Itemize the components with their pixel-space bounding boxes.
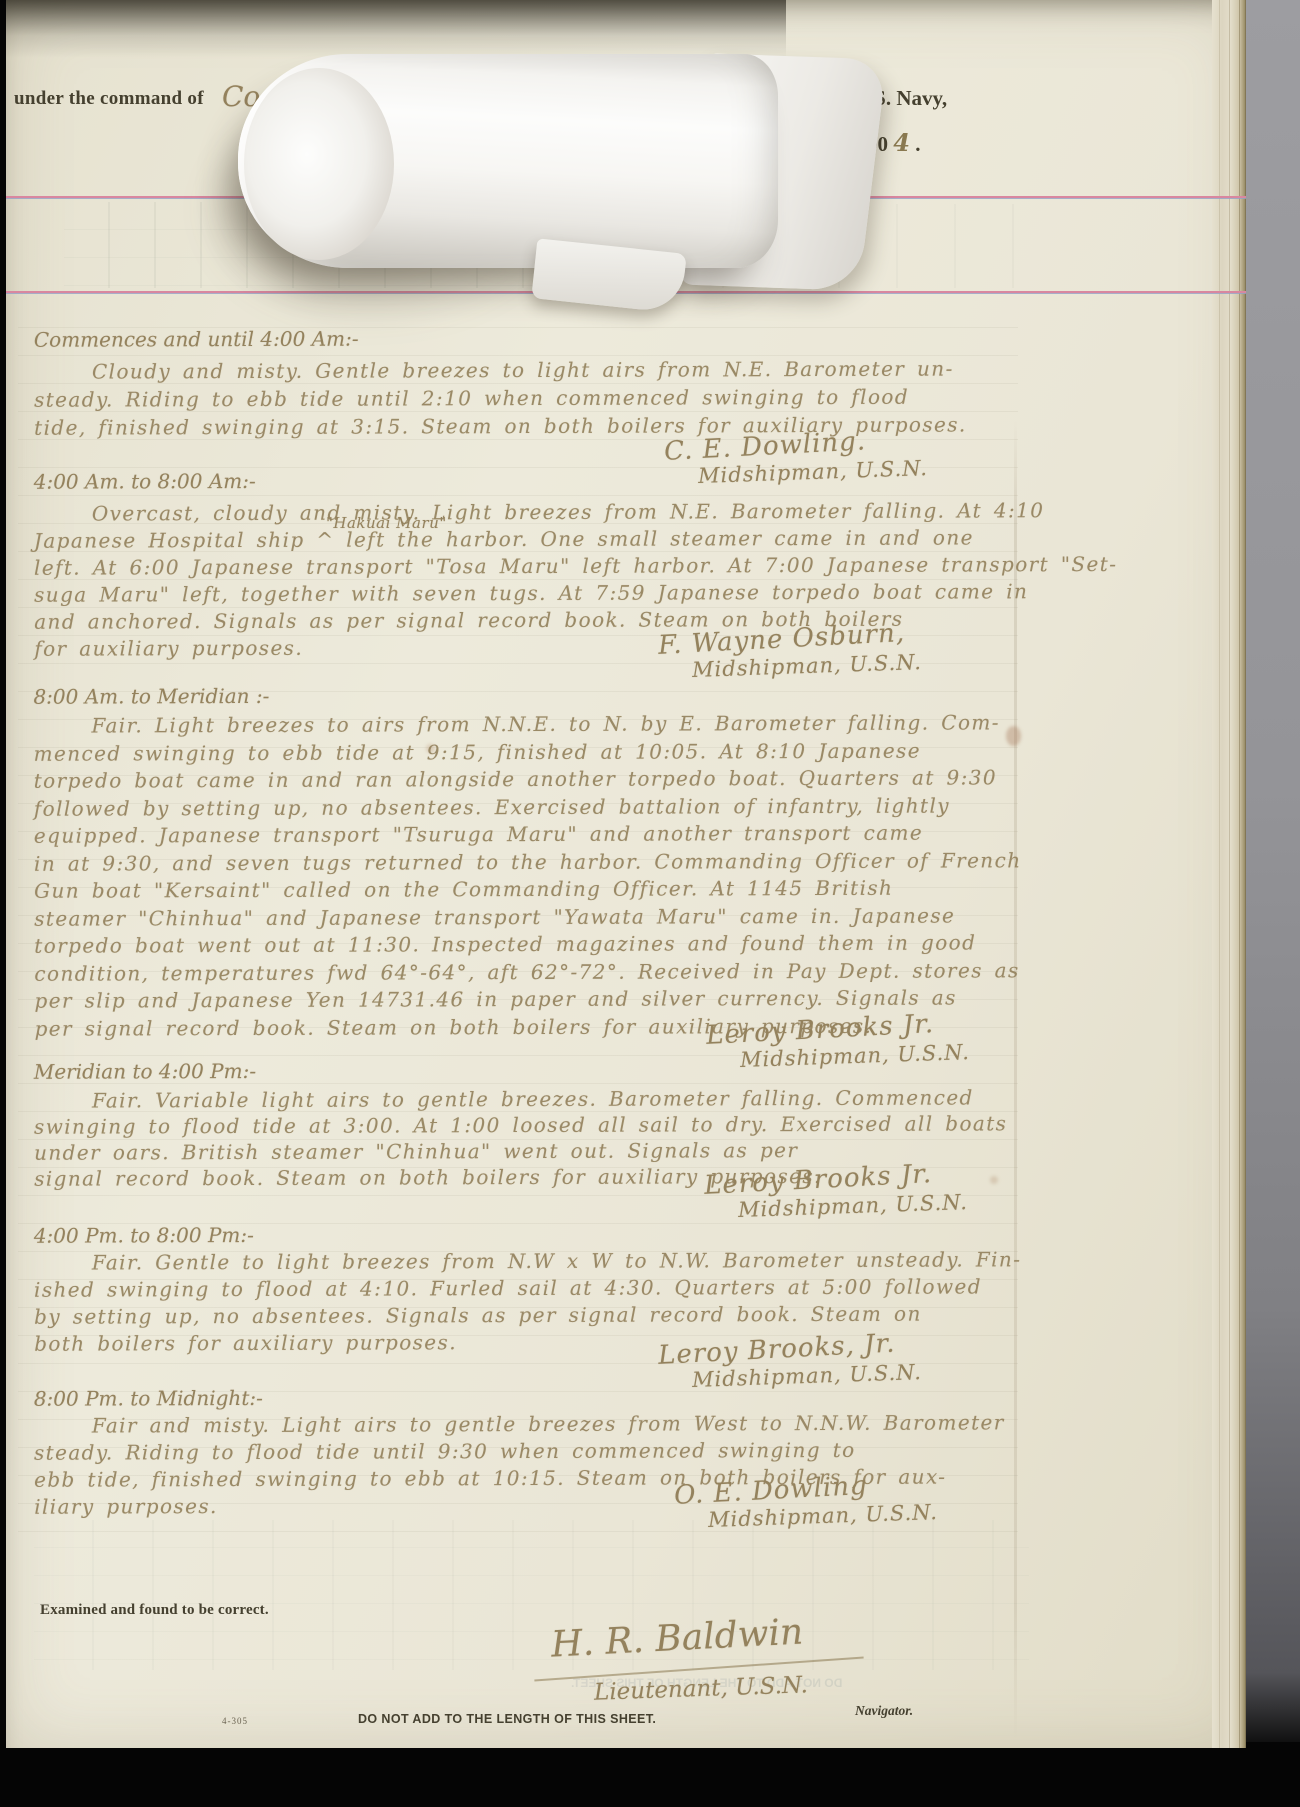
logbook-page: under the command of Co , U. S. Navy, , … [6,0,1246,1748]
sheet-edge-line [1219,0,1220,1748]
paper-roll [238,46,898,306]
entry-line: Japanese Hospital ship ^ left the harbor… [34,525,1024,555]
entry-line: Fair. Gentle to light breezes from N.W x… [34,1247,1024,1277]
year-suffix: . [915,132,920,156]
sheet-edge-line [1239,0,1240,1748]
entry-line: equipped. Japanese transport "Tsuruga Ma… [34,820,1024,851]
entry-line: by setting up, no absentees. Signals as … [34,1301,1024,1331]
entry-line: followed by setting up, no absentees. Ex… [34,793,1024,824]
signature-block: Leroy Brooks, Jr. Midshipman, U.S.N. [658,1334,922,1388]
entry-heading: 4:00 Am. to 8:00 Am:- [34,466,1024,493]
navigator-label: Navigator. [855,1703,913,1719]
signature-block: Leroy Brooks Jr. Midshipman, U.S.N. [704,1164,968,1218]
entry-line: menced swinging to ebb tide at 9:15, fin… [34,738,1024,769]
entry-line: Overcast, cloudy and misty. Light breeze… [34,498,1024,528]
entry-line: Cloudy and misty. Gentle breezes to ligh… [34,356,1024,387]
form-number: 4-305 [222,1716,248,1726]
page-stack-edges [1212,0,1246,1748]
entry-heading: Meridian to 4:00 Pm:- [34,1056,1024,1083]
logbook-photo: under the command of Co , U. S. Navy, , … [0,0,1300,1807]
entry-line: in at 9:30, and seven tugs returned to t… [34,848,1024,879]
sheet-edge-line [1229,0,1230,1748]
entry-heading: 4:00 Pm. to 8:00 Pm:- [34,1220,1024,1247]
table-surface-background [1244,0,1300,1742]
paper-roll-end-cap [244,68,394,260]
log-entry-8am-meridian: 8:00 Am. to Meridian :- Fair. Light bree… [33,681,1024,1043]
signature-block: O. E. Dowling Midshipman, U.S.N. [674,1474,938,1528]
entry-line: Fair. Light breezes to airs from N.N.E. … [33,710,1023,741]
signature-block: F. Wayne Osburn, Midshipman, U.S.N. [658,624,922,678]
entry-line: ished swinging to flood at 4:10. Furled … [34,1274,1024,1304]
command-of-label: under the command of [14,88,204,110]
entry-line: steady. Riding to ebb tide until 2:10 wh… [34,384,1024,415]
table-bleed-through-bottom [34,1520,1029,1670]
entry-line: Gun boat "Kersaint" called on the Comman… [34,875,1024,906]
entry-line: suga Maru" left, together with seven tug… [34,579,1024,609]
entry-heading: 8:00 Pm. to Midnight:- [34,1383,1024,1410]
entry-line: steamer "Chinhua" and Japanese transport… [34,903,1024,934]
length-warning-label: DO NOT ADD TO THE LENGTH OF THIS SHEET. [358,1712,656,1726]
entry-line: Fair and misty. Light airs to gentle bre… [34,1410,1024,1440]
entry-heading: 8:00 Am. to Meridian :- [33,681,1023,708]
entry-line: torpedo boat came in and ran alongside a… [34,765,1024,796]
entry-line: steady. Riding to flood tide until 9:30 … [34,1437,1024,1467]
examined-label: Examined and found to be correct. [40,1602,269,1619]
entry-line: torpedo boat went out at 11:30. Inspecte… [34,930,1024,961]
entry-heading: Commences and until 4:00 Am:- [34,324,1024,351]
entry-line: swinging to flood tide at 3:00. At 1:00 … [34,1111,1024,1140]
entry-line: left. At 6:00 Japanese transport "Tosa M… [34,552,1024,582]
entry-line: Fair. Variable light airs to gentle bree… [34,1085,1024,1114]
entry-line: condition, temperatures fwd 64°-64°, aft… [34,958,1024,989]
insertion-above-line: "Hakuai Maru" [326,514,447,532]
